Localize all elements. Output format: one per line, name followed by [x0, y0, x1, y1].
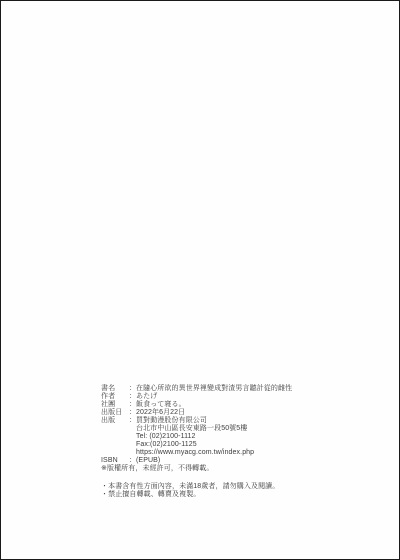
book-title: 在隨心所欲的異世界裡變成對渣男言聽計從的雌性	[136, 385, 292, 393]
publisher-url: https://www.myacg.com.tw/index.php	[136, 449, 254, 457]
publish-date: 2022年6月22日	[136, 409, 185, 417]
field-colon: ：	[129, 457, 136, 465]
field-colon: ：	[129, 417, 136, 425]
colophon-row-isbn: ISBN：(EPUB)	[101, 457, 292, 465]
blank-gap	[101, 473, 292, 483]
field-colon: ：	[129, 409, 136, 417]
colophon-row-pubdate: 出版日：2022年6月22日	[101, 409, 292, 417]
colophon-row-title: 書名：在隨心所欲的異世界裡變成對渣男言聽計從的雌性	[101, 385, 292, 393]
author-name: あたげ	[136, 393, 157, 401]
field-label: 作者	[101, 393, 129, 401]
colophon-page: 書名：在隨心所欲的異世界裡變成對渣男言聽計從的雌性 作者：あたげ 社團：飯食って…	[0, 0, 400, 560]
field-label: ISBN	[101, 457, 129, 465]
field-label: 出版	[101, 417, 129, 425]
publisher-tel: Tel: (02)2100-1112	[136, 433, 196, 441]
colophon-row-address: 台北市中山區長安東路一段50號5樓	[101, 425, 292, 433]
field-label: 書名	[101, 385, 129, 393]
field-colon: ：	[129, 401, 136, 409]
copyright-line: ※版權所有，未經許可，不得轉載。	[101, 465, 292, 473]
colophon-row-tel: Tel: (02)2100-1112	[101, 433, 292, 441]
field-colon: ：	[129, 385, 136, 393]
notice-line-noreproduction: ・禁止擅自轉載、轉賣及複製。	[101, 491, 292, 499]
colophon-row-circle: 社團：飯食って寝る。	[101, 401, 292, 409]
field-label: 出版日	[101, 409, 129, 417]
circle-name: 飯食って寝る。	[136, 401, 186, 409]
notice-line-adult: ・本書含有性方面內容，未滿18歲者，請勿購入及閱讀。	[101, 483, 292, 491]
colophon-row-author: 作者：あたげ	[101, 393, 292, 401]
colophon-block: 書名：在隨心所欲的異世界裡變成對渣男言聽計從的雌性 作者：あたげ 社團：飯食って…	[101, 385, 292, 499]
field-label: 社團	[101, 401, 129, 409]
isbn-value: (EPUB)	[136, 457, 160, 465]
field-colon: ：	[129, 393, 136, 401]
publisher-name: 買對動漫股份有限公司	[136, 417, 207, 425]
colophon-row-fax: Fax:(02)2100-1125	[101, 441, 292, 449]
colophon-row-publisher: 出版：買對動漫股份有限公司	[101, 417, 292, 425]
publisher-address: 台北市中山區長安東路一段50號5樓	[136, 425, 247, 433]
colophon-row-url: https://www.myacg.com.tw/index.php	[101, 449, 292, 457]
publisher-fax: Fax:(02)2100-1125	[136, 441, 197, 449]
